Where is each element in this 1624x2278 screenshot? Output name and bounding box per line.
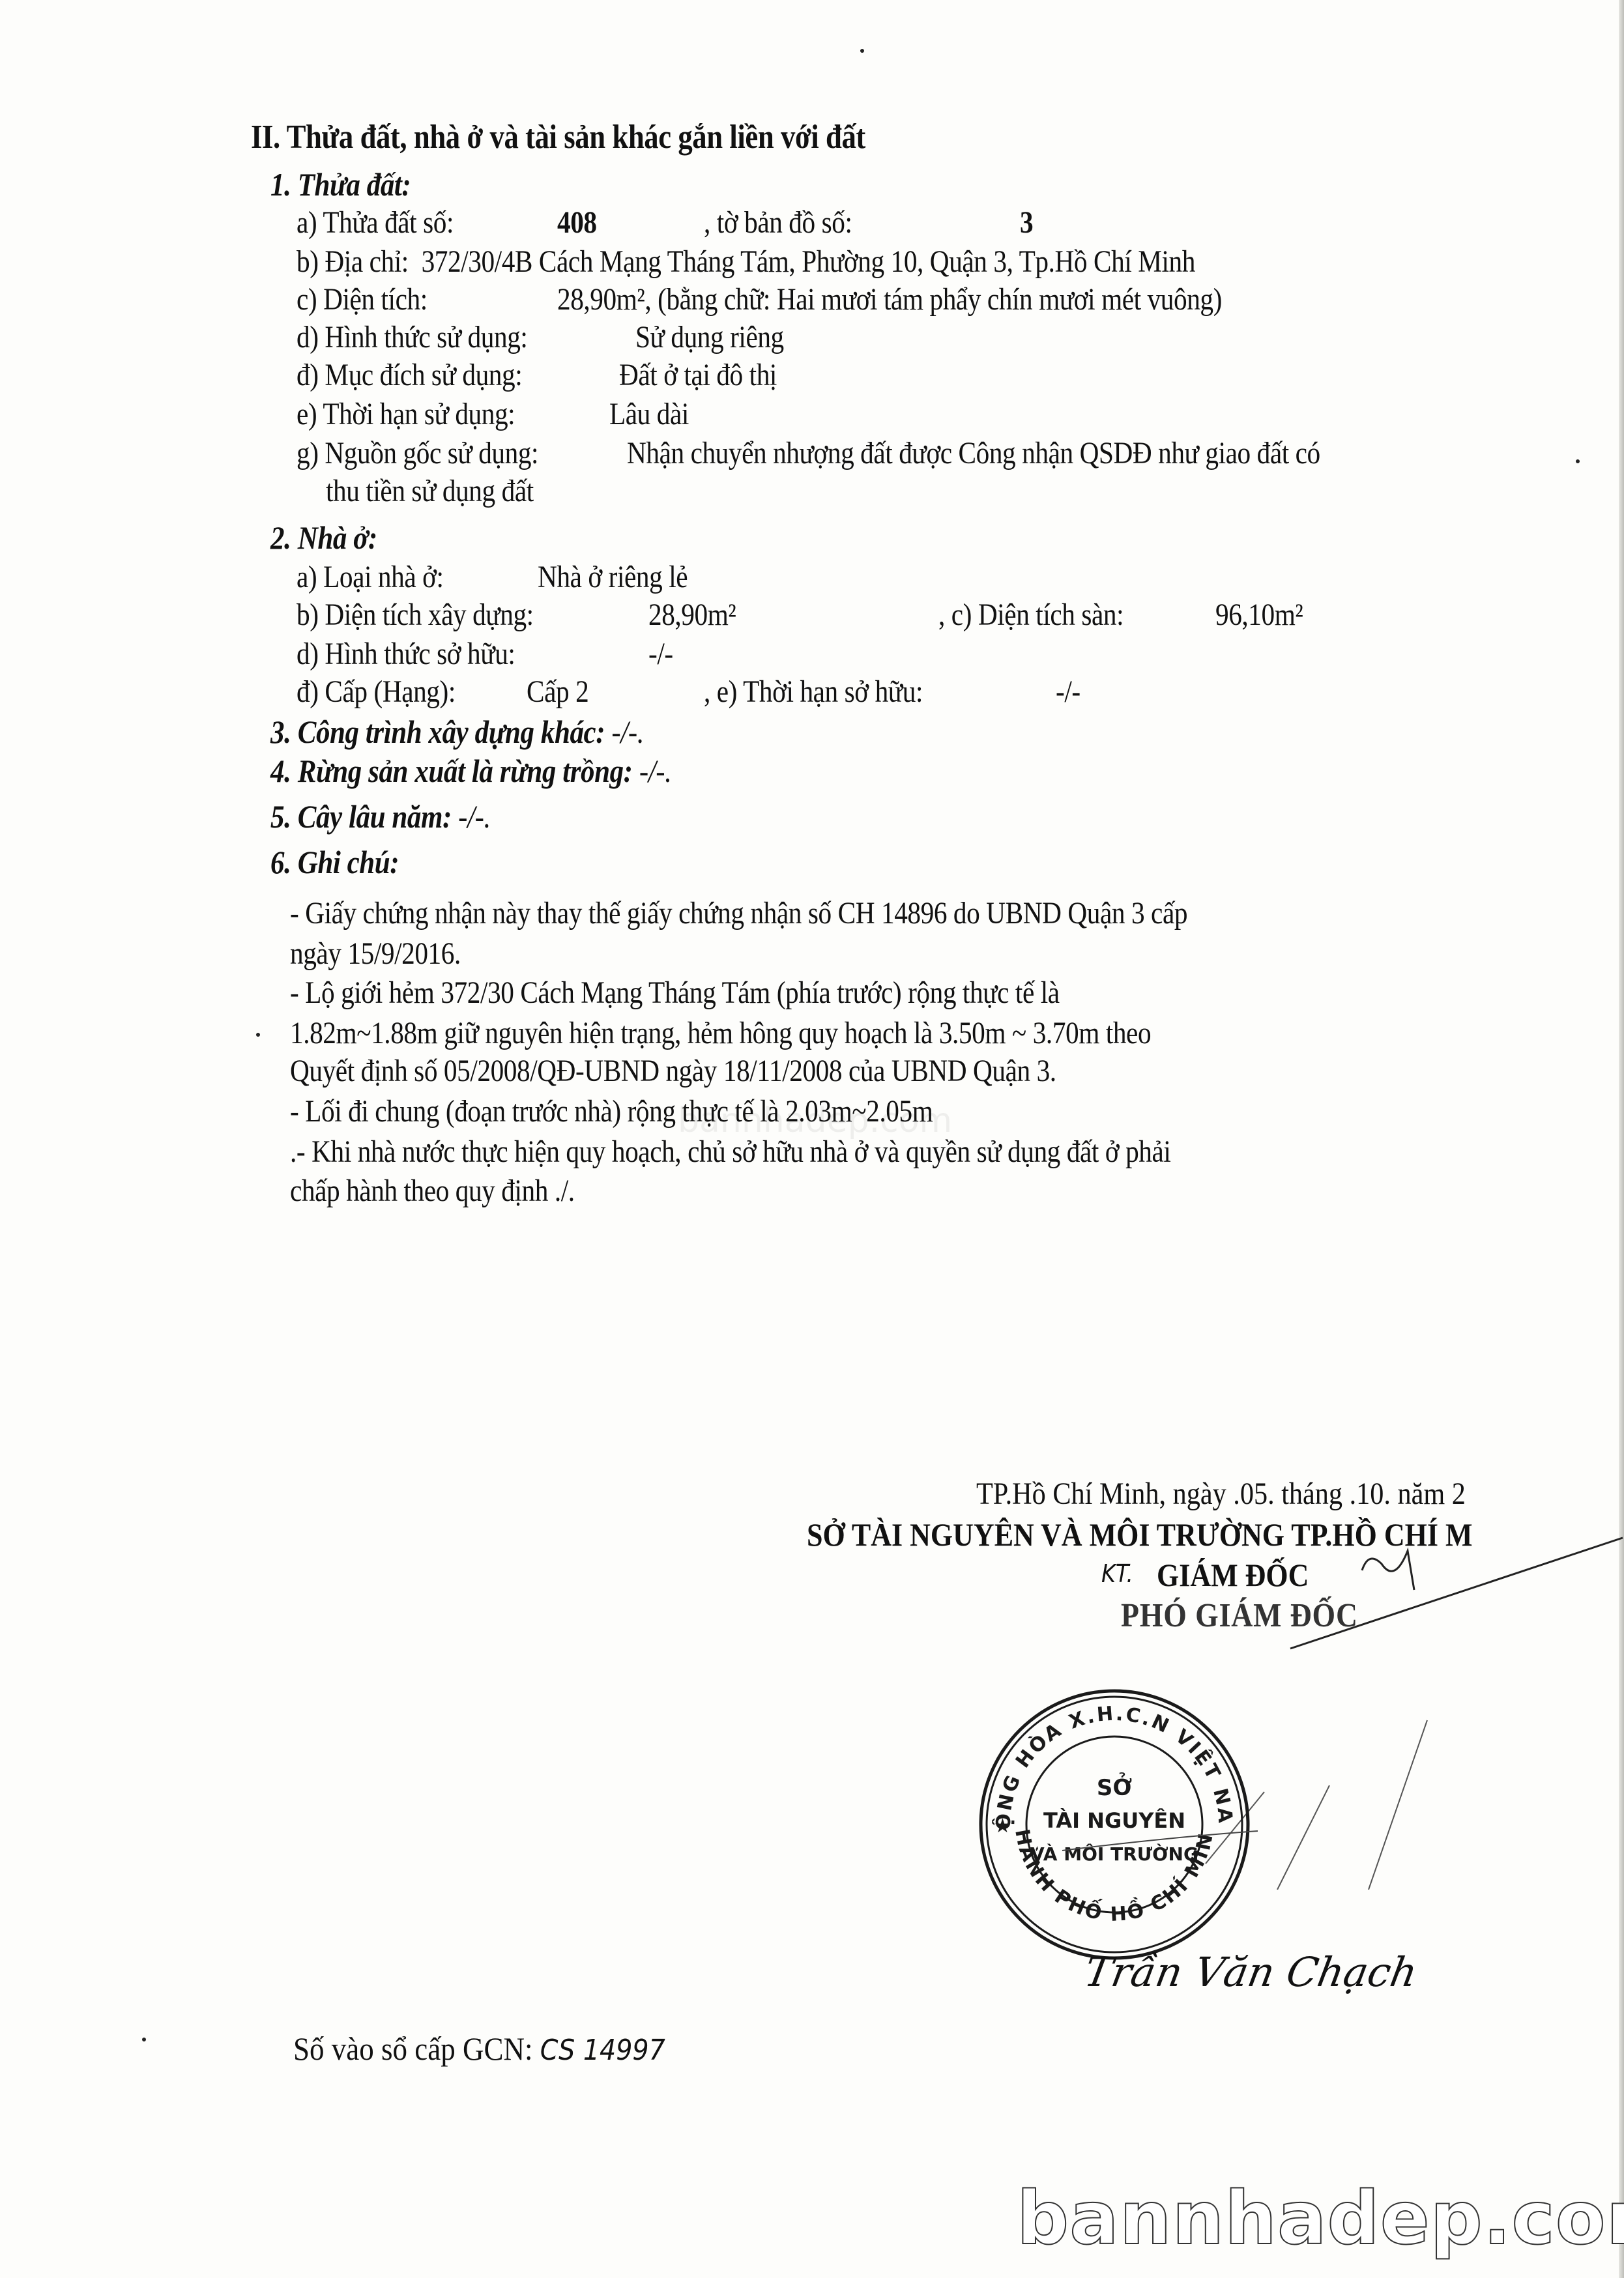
other-works-row: 3. Công trình xây dựng khác: -/-. bbox=[270, 715, 644, 748]
land-heading: 1. Thửa đất: bbox=[270, 168, 411, 201]
use-form-label: d) Hình thức sử dụng: bbox=[297, 322, 527, 353]
map-sheet-label: , tờ bản đồ số: bbox=[704, 207, 852, 238]
official-stamp: CỘNG HÒA X.H.C.N VIỆT NAM THÀNH PHỐ HỒ C… bbox=[971, 1681, 1258, 1968]
own-term-value: -/- bbox=[1056, 676, 1080, 708]
note-line: chấp hành theo quy định ./. bbox=[290, 1175, 575, 1207]
stamp-inner-line3: VÀ MÔI TRƯỜNG bbox=[1030, 1843, 1198, 1865]
own-term-label: , e) Thời hạn sở hữu: bbox=[704, 676, 923, 708]
watermark-faint: bannhadep.com bbox=[678, 1101, 952, 1140]
forest-value: -/-. bbox=[639, 753, 672, 789]
perennial-row: 5. Cây lâu năm: -/-. bbox=[270, 800, 491, 833]
section-title: II. Thửa đất, nhà ở và tài sản khác gắn … bbox=[251, 121, 865, 154]
stamp-star-icon: ★ bbox=[994, 1815, 1011, 1837]
registry-label: Số vào sổ cấp GCN: bbox=[293, 2030, 532, 2067]
term-label: e) Thời hạn sử dụng: bbox=[297, 399, 515, 430]
purpose-label: đ) Mục đích sử dụng: bbox=[297, 360, 522, 391]
house-type-value: Nhà ở riêng lẻ bbox=[538, 562, 688, 593]
other-works-value: -/-. bbox=[611, 714, 644, 750]
forest-heading: 4. Rừng sản xuất là rừng trồng: bbox=[270, 753, 633, 789]
perennial-heading: 5. Cây lâu năm: bbox=[270, 798, 452, 835]
area-value: 28,90m², (bằng chữ: Hai mươi tám phẩy ch… bbox=[557, 284, 1222, 315]
term-value: Lâu dài bbox=[609, 399, 689, 430]
page-edge bbox=[1619, 0, 1624, 2278]
parcel-row: a) Thửa đất số: bbox=[297, 207, 454, 238]
parcel-number: 408 bbox=[557, 207, 597, 238]
watermark: bannhadep.com bbox=[1017, 2176, 1624, 2261]
date-month-label: tháng bbox=[1281, 1477, 1342, 1511]
area-label: c) Diện tích: bbox=[297, 284, 428, 315]
origin-value-line2: thu tiền sử dụng đất bbox=[326, 476, 534, 507]
grade-label: đ) Cấp (Hạng): bbox=[297, 676, 456, 708]
build-area-value: 28,90m² bbox=[648, 599, 736, 631]
issue-date: TP.Hồ Chí Minh, ngày .05. tháng .10. năm… bbox=[976, 1476, 1466, 1512]
note-line: Quyết định số 05/2008/QĐ-UBND ngày 18/11… bbox=[290, 1056, 1056, 1087]
registry-line: Số vào sổ cấp GCN: CS 14997 bbox=[293, 2030, 665, 2068]
other-works-heading: 3. Công trình xây dựng khác: bbox=[270, 714, 605, 750]
forest-row: 4. Rừng sản xuất là rừng trồng: -/-. bbox=[270, 755, 672, 787]
perennial-value: -/-. bbox=[458, 798, 491, 835]
scan-speck bbox=[256, 1033, 260, 1037]
scan-speck bbox=[1576, 459, 1580, 463]
address-label: b) Địa chỉ: bbox=[297, 244, 409, 279]
house-type-label: a) Loại nhà ở: bbox=[297, 562, 444, 593]
registry-number: CS 14997 bbox=[540, 2034, 665, 2067]
ownership-label: d) Hình thức sở hữu: bbox=[297, 639, 515, 670]
date-month: .10. bbox=[1350, 1477, 1391, 1511]
build-area-label: b) Diện tích xây dựng: bbox=[297, 599, 534, 631]
house-heading: 2. Nhà ở: bbox=[270, 521, 377, 554]
address-row: b) Địa chỉ: 372/30/4B Cách Mạng Tháng Tá… bbox=[297, 246, 1195, 278]
signer-name: Trần Văn Chạch bbox=[1081, 1948, 1421, 1996]
stamp-inner-line1: SỞ bbox=[1097, 1772, 1132, 1801]
note-line: ngày 15/9/2016. bbox=[290, 938, 461, 970]
scan-speck bbox=[142, 2038, 146, 2041]
date-year-label: năm 2 bbox=[1398, 1477, 1466, 1511]
ownership-value: -/- bbox=[648, 639, 673, 670]
floor-area-value: 96,10m² bbox=[1215, 599, 1303, 631]
address-value: 372/30/4B Cách Mạng Tháng Tám, Phường 10… bbox=[422, 244, 1195, 279]
notes-heading: 6. Ghi chú: bbox=[270, 846, 399, 878]
floor-area-label: , c) Diện tích sàn: bbox=[938, 599, 1124, 631]
note-line: .- Khi nhà nước thực hiện quy hoạch, chủ… bbox=[290, 1136, 1170, 1168]
map-sheet-number: 3 bbox=[1020, 207, 1033, 238]
origin-value-line1: Nhận chuyển nhượng đất được Công nhận QS… bbox=[627, 438, 1320, 469]
note-line: - Giấy chứng nhận này thay thế giấy chứn… bbox=[290, 898, 1187, 929]
purpose-value: Đất ở tại đô thị bbox=[619, 360, 777, 391]
note-line: - Lộ giới hẻm 372/30 Cách Mạng Tháng Tám… bbox=[290, 977, 1060, 1009]
grade-value: Cấp 2 bbox=[527, 676, 588, 708]
date-day: .05. bbox=[1233, 1477, 1274, 1511]
parcel-label: a) Thửa đất số: bbox=[297, 205, 454, 240]
scan-speck bbox=[860, 49, 864, 53]
origin-label: g) Nguồn gốc sử dụng: bbox=[297, 438, 538, 469]
note-line: 1.82m~1.88m giữ nguyên hiện trạng, hẻm h… bbox=[290, 1018, 1151, 1049]
use-form-value: Sử dụng riêng bbox=[635, 322, 784, 353]
stamp-inner-line2: TÀI NGUYÊN bbox=[1043, 1808, 1185, 1833]
date-prefix: TP.Hồ Chí Minh, ngày bbox=[976, 1477, 1226, 1511]
